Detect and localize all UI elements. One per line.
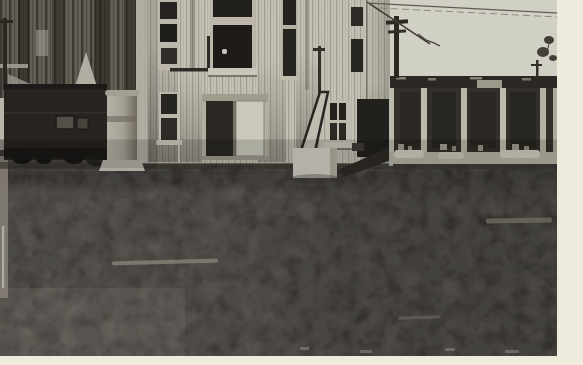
paper-margin-bottom (0, 356, 583, 365)
paper-margin-right (557, 0, 583, 365)
halftone-photograph (0, 0, 557, 356)
photo-canvas (0, 0, 557, 356)
scanned-page (0, 0, 583, 365)
